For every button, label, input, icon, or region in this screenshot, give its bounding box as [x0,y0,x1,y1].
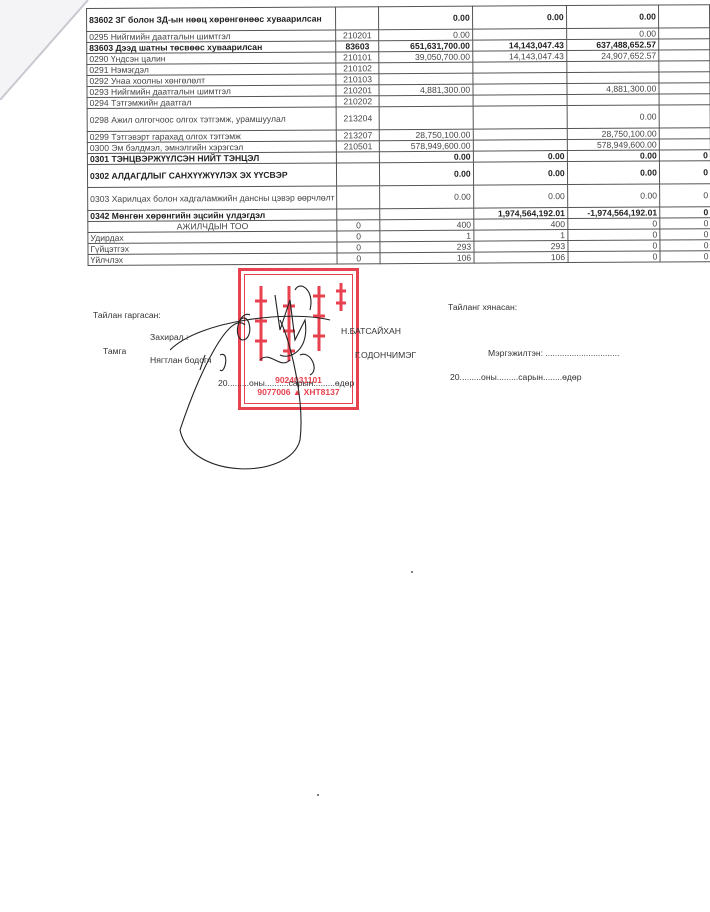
row-value-3: 578,949,600.00 [567,139,659,151]
row-value-4: 0 [660,240,710,251]
row-name: Үйлчлэх [88,253,337,266]
row-value-4 [659,50,710,61]
row-value-3: 28,750,100.00 [567,128,659,140]
row-value-1: 0.00 [379,151,473,163]
row-code: 0 [337,220,380,231]
row-value-1: 0.00 [379,29,473,41]
financial-report-table: 83602 ЗГ болон ЗД-ын нөөц хөрөнгөнөөс ху… [86,4,710,266]
row-value-1: 0.00 [378,6,472,30]
row-value-2: 14,143,047.43 [472,40,566,52]
row-value-1: 400 [380,219,474,231]
row-code: 210102 [336,63,379,74]
row-value-3: 0 [568,229,660,241]
row-value-4: 0 [659,184,710,207]
row-name: 0303 Харилцах болон хадгаламжийн дансны … [88,186,338,211]
row-value-1: 106 [380,252,474,264]
row-value-2 [473,140,567,152]
row-value-4 [659,128,710,139]
row-name: 0298 Ажил олгогчоос олгох тэтгэмж, урамш… [87,107,337,132]
row-code: 210202 [336,96,379,107]
row-code: 213204 [336,107,379,130]
row-value-4 [659,72,710,83]
row-value-1: 0.00 [380,185,474,209]
row-code: 210501 [337,141,380,152]
row-value-3 [566,61,658,73]
row-code: 213207 [337,130,380,141]
row-value-4: 0 [660,251,710,262]
row-value-2 [472,62,566,74]
row-value-3: 0.00 [567,150,659,162]
row-name: 0302 АЛДАГДЛЫГ САНХҮҮЖҮҮЛЭХ ЭХ ҮҮСВЭР [87,163,337,188]
row-code [336,7,379,30]
row-code [337,186,380,209]
row-value-1: 0.00 [379,162,473,186]
row-value-1: 1 [380,230,474,242]
row-value-1: 578,949,600.00 [379,140,473,152]
row-value-4 [659,39,710,50]
row-value-2 [473,84,567,96]
row-value-1: 293 [380,241,474,253]
row-name: 83602 ЗГ болон ЗД-ын нөөц хөрөнгөнөөс ху… [87,7,337,32]
row-value-3: 0.00 [566,5,658,29]
row-value-2: 106 [474,252,568,264]
row-value-1 [379,106,473,130]
row-value-4 [659,139,710,150]
row-value-4 [658,5,709,28]
row-value-2: 1 [474,230,568,242]
row-value-3: 24,907,652.57 [566,50,658,62]
row-value-2 [473,129,567,141]
row-value-4: 0 [659,150,710,161]
row-value-2: 0.00 [473,162,567,186]
row-value-4: 0 [659,161,710,184]
row-code: 210201 [336,85,379,96]
row-value-3: 0 [568,251,660,263]
row-code: 210103 [336,74,379,85]
row-value-1: 4,881,300.00 [379,84,473,96]
row-value-3: -1,974,564,192.01 [567,207,659,219]
row-value-2: 293 [474,241,568,253]
handwritten-signature-icon [170,280,370,470]
row-value-1 [380,208,474,220]
row-value-3: 0 [568,240,660,252]
row-value-2: 0.00 [473,151,567,163]
row-value-2 [472,29,566,41]
row-value-4 [659,94,710,105]
row-code: 83603 [336,41,379,52]
prepared-by-label: Тайлан гаргасан: [93,310,161,320]
row-value-4: 0 [660,229,710,240]
row-value-4 [658,28,709,39]
row-value-2: 0.00 [473,185,567,209]
row-value-1: 39,050,700.00 [379,51,473,63]
row-code [337,152,380,163]
row-value-4 [659,83,710,94]
row-value-1 [379,73,473,85]
page-fold-edge [0,0,90,100]
row-value-3: 0 [567,218,659,230]
row-value-1: 28,750,100.00 [379,129,473,141]
row-value-4: 0 [660,207,710,218]
speck [317,794,319,796]
row-value-2 [473,106,567,130]
row-code: 210201 [336,30,379,41]
row-value-4 [659,61,710,72]
row-code: 0 [337,242,380,253]
row-value-3: 4,881,300.00 [567,83,659,95]
row-code: 0 [337,253,380,264]
date-line-right: 20.........оны.........сарын........өдөр [450,372,581,382]
speck [411,571,413,573]
row-value-2 [473,95,567,107]
row-value-2: 1,974,564,192.01 [473,208,567,220]
row-value-3: 0.00 [567,184,659,208]
row-value-3: 637,488,652.57 [566,39,658,51]
row-value-2: 400 [473,219,567,231]
row-value-2: 0.00 [472,6,566,30]
row-value-3: 0.00 [567,161,659,185]
reviewed-by-label: Тайланг хянасан: [448,302,517,312]
specialist-label: Мэргэжилтэн: ...........................… [488,348,619,358]
row-value-3: 0.00 [566,28,658,40]
row-value-2: 14,143,047.43 [472,51,566,63]
row-value-2 [473,73,567,85]
row-value-3 [567,72,659,84]
row-value-1 [379,62,473,74]
row-code: 0 [337,231,380,242]
row-value-1 [379,95,473,107]
row-code [337,163,380,186]
row-value-4: 0 [660,218,710,229]
row-code [337,209,380,220]
row-value-3: 0.00 [567,105,659,129]
row-value-4 [659,105,710,128]
row-value-3 [567,94,659,106]
row-code: 210101 [336,52,379,63]
row-value-1: 651,631,700.00 [379,40,473,52]
seal-label: Тамга [103,346,126,356]
